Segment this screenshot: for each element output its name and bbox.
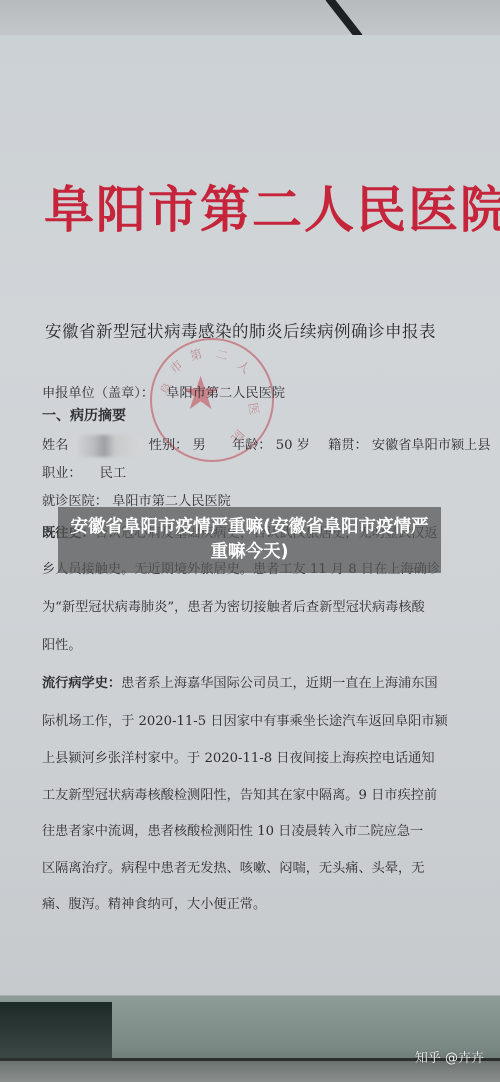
epidemiology-label: 流行病学史：: [42, 676, 121, 691]
epidemiology-line: 往患者家中流调，患者核酸检测阳性 10 日凌晨转入市二院应急一: [42, 820, 423, 839]
epidemiology-line: 痛、腹泻。精神食纳可，大小便正常。: [42, 893, 266, 912]
epidemiology-line: 际机场工作，于 2020-11-5 日因家中有事乘坐长途汽车返回阜阳市颍: [42, 710, 448, 729]
history-line: 为“新型冠状病毒肺炎”，患者为密切接触者后查新型冠状病毒核酸: [42, 596, 425, 615]
caption-overlay: 安徽省阜阳市疫情严重嘛(安徽省阜阳市疫情严重嘛今天): [58, 507, 441, 573]
origin-value: 安徽省阜阳市颍上县: [372, 438, 491, 453]
name-label: 姓名: [42, 438, 68, 453]
epidemiology-line: 工友新型冠状病毒核酸检测阳性，告知其在家中隔离。9 日市疾控前: [42, 784, 437, 803]
epidemiology-line: 区隔离治疗。病程中患者无发热、咳嗽、闷喘，无头痛、头晕，无: [42, 857, 424, 876]
hospital-header: 阜阳市第二人民医院: [44, 170, 500, 242]
reporting-unit-label: 申报单位（盖章）：: [42, 386, 154, 401]
origin-label: 籍贯：: [328, 438, 368, 453]
watermark: 知乎 @卉卉: [415, 1047, 484, 1066]
redacted-name: [73, 435, 143, 457]
age-label: 年龄：: [232, 438, 272, 453]
reporting-unit-row: 申报单位（盖章）： 阜阳市第二人民医院: [42, 382, 285, 401]
epidemiology-line: 流行病学史：患者系上海嘉华国际公司员工，近期一直在上海浦东国: [42, 672, 438, 691]
patient-info-row: 姓名 性别： 男 年龄： 50 岁 籍贯： 安徽省阜阳市颍上县: [42, 434, 491, 457]
gender-label: 性别：: [149, 438, 189, 453]
age-value: 50 岁: [276, 438, 310, 453]
epidemiology-line: 上县颍河乡张洋村家中。于 2020-11-8 日夜间接上海疾控电话通知: [42, 747, 435, 766]
caption-text: 安徽省阜阳市疫情严重嘛(安徽省阜阳市疫情严重嘛今天): [58, 515, 441, 565]
reporting-unit-value: 阜阳市第二人民医院: [166, 386, 285, 401]
background-desk: [0, 0, 500, 38]
history-line: 阳性。: [42, 634, 82, 653]
gender-value: 男: [193, 438, 206, 453]
section-title: 一、病历摘要: [42, 405, 126, 425]
occupation-value: 民工: [100, 466, 126, 481]
occupation-row: 职业： 民工: [42, 462, 126, 481]
epidemiology-text: 患者系上海嘉华国际公司员工，近期一直在上海浦东国: [121, 676, 438, 691]
occupation-label: 职业：: [42, 466, 82, 481]
form-title: 安徽省新型冠状病毒感染的肺炎后续病例确诊申报表: [45, 318, 436, 342]
